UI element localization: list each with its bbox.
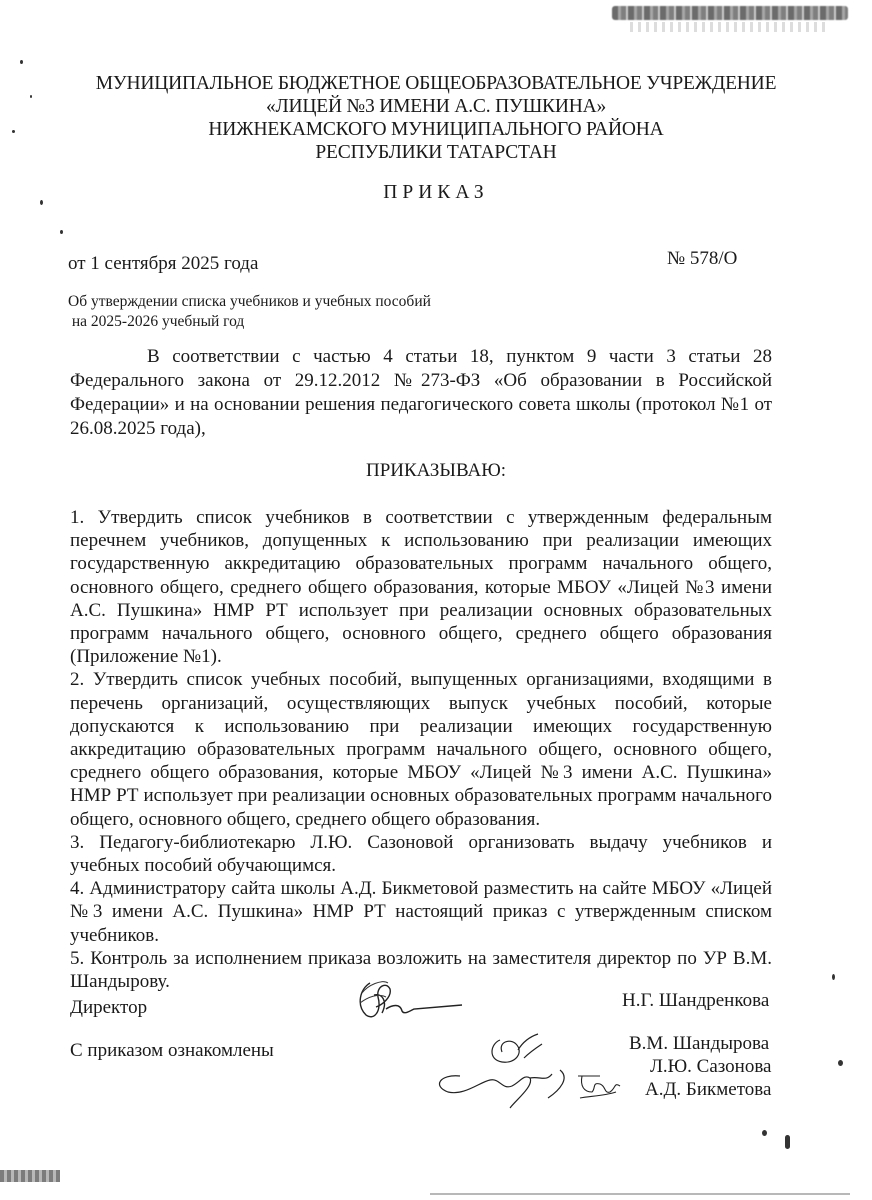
director-label: Директор [70, 997, 147, 1019]
scan-speck [785, 1135, 790, 1149]
order-item: 1. Утвердить список учебников в соответс… [70, 506, 772, 668]
director-signature-icon [352, 975, 472, 1027]
header-line: РЕСПУБЛИКИ ТАТАРСТАН [0, 141, 872, 164]
scan-edge-line [430, 1193, 850, 1195]
header-line: «ЛИЦЕЙ №3 ИМЕНИ А.С. ПУШКИНА» [0, 95, 872, 118]
order-item: 4. Администратору сайта школы А.Д. Бикме… [70, 877, 772, 947]
acquainted-signatures-icon [420, 1030, 630, 1110]
header-line: МУНИЦИПАЛЬНОЕ БЮДЖЕТНОЕ ОБЩЕОБРАЗОВАТЕЛЬ… [0, 72, 872, 95]
director-name: Н.Г. Шандренкова [622, 990, 769, 1012]
scanned-document-page: МУНИЦИПАЛЬНОЕ БЮДЖЕТНОЕ ОБЩЕОБРАЗОВАТЕЛЬ… [0, 0, 872, 1200]
acquainted-label: С приказом ознакомлены [70, 1040, 274, 1062]
scan-speck [762, 1130, 767, 1136]
order-directive-heading: ПРИКАЗЫВАЮ: [0, 460, 872, 482]
header-line: НИЖНЕКАМСКОГО МУНИЦИПАЛЬНОГО РАЙОНА [0, 118, 872, 141]
subject-line: Об утверждении списка учебников и учебны… [68, 292, 431, 312]
acquainted-name: В.М. Шандырова [629, 1033, 769, 1055]
order-date: от 1 сентября 2025 года [68, 253, 258, 275]
preamble-paragraph: В соответствии с частью 4 статьи 18, пун… [70, 345, 772, 441]
order-item: 3. Педагогу-библиотекарю Л.Ю. Сазоновой … [70, 831, 772, 877]
subject-line: на 2025-2026 учебный год [68, 312, 431, 332]
scan-speck [20, 60, 23, 64]
document-title: ПРИКАЗ [0, 182, 872, 204]
order-item: 2. Утвердить список учебных пособий, вып… [70, 668, 772, 830]
order-items-list: 1. Утвердить список учебников в соответс… [70, 506, 772, 993]
scan-artifact-bottom [0, 1170, 60, 1182]
acquainted-name: А.Д. Бикметова [645, 1079, 771, 1101]
scan-speck [838, 1060, 843, 1066]
scan-speck [60, 230, 63, 234]
order-subject: Об утверждении списка учебников и учебны… [68, 292, 431, 332]
institution-header: МУНИЦИПАЛЬНОЕ БЮДЖЕТНОЕ ОБЩЕОБРАЗОВАТЕЛЬ… [0, 72, 872, 164]
scan-artifact-top-faint [630, 22, 830, 32]
acquainted-name: Л.Ю. Сазонова [650, 1056, 772, 1078]
order-number: № 578/О [667, 248, 737, 270]
scan-artifact-top [612, 6, 848, 20]
scan-speck [832, 974, 835, 980]
